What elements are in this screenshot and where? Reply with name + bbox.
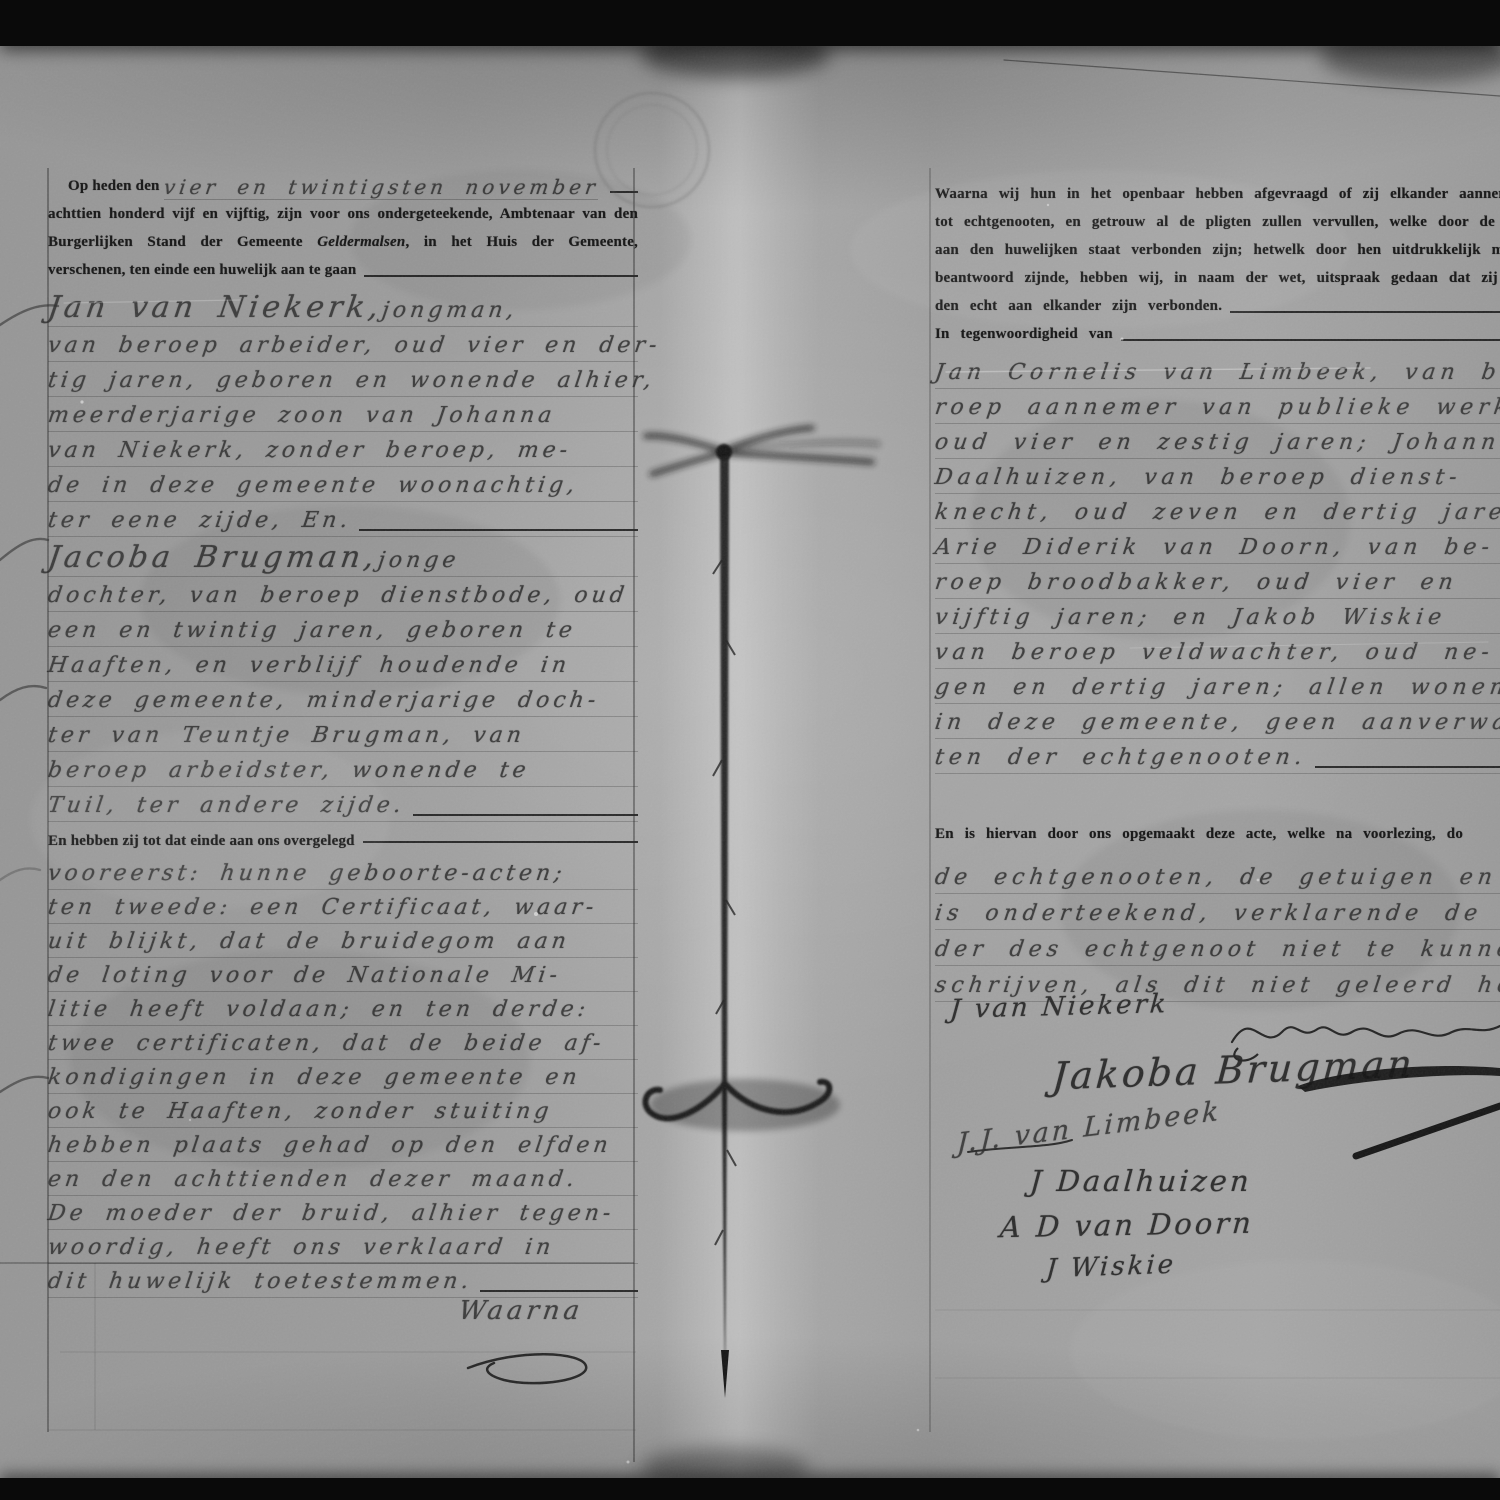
handwritten-line: knecht, oud zeven en dertig jare — [935, 494, 1500, 529]
filler-rule — [1315, 766, 1500, 768]
handwritten-line: en den achttienden dezer maand. — [48, 1162, 638, 1196]
handwritten-line: ter van Teuntje Brugman, van — [48, 717, 638, 752]
bride-entry: Jacoba Brugman, jonge dochter, van beroe… — [48, 536, 638, 822]
filler-rule — [363, 841, 638, 843]
printed-line: aan den huwelijken staat verbonden zijn;… — [935, 236, 1500, 264]
handwritten-line: tig jaren, geboren en wonende alhier, — [48, 362, 638, 397]
handwritten-line: Daalhuizen, van beroep dienst- — [935, 459, 1500, 494]
intro-line-2: achttien honderd vijf en vijftig, zijn v… — [48, 200, 638, 228]
filler-rule — [1230, 311, 1500, 313]
closing-lines: de echtgenooten, de getuigen en onsis on… — [935, 858, 1500, 1002]
vows-last-line: den echt aan elkander zijn verbonden. — [935, 292, 1500, 320]
handwritten-line: vooreerst: hunne geboorte-acten; — [48, 856, 638, 890]
filler-rule — [359, 529, 638, 531]
handwritten-line: een en twintig jaren, geboren te — [48, 612, 638, 647]
printed-line: Waarna wij hun in het openbaar hebben af… — [935, 180, 1500, 208]
handwritten-line: deze gemeente, minderjarige doch- — [48, 682, 638, 717]
handwritten-line: van beroep veldwachter, oud ne- — [935, 634, 1500, 669]
signature-witness-wiskie: J Wiskie — [1045, 1250, 1177, 1285]
handwritten-line: hebben plaats gehad op den elfden — [48, 1128, 638, 1162]
handwritten-line: vijftig jaren; en Jakob Wiskie — [935, 599, 1500, 634]
witnesses-entry: Jan Cornelis van Limbeek, van be-roep aa… — [935, 354, 1500, 774]
groom-last-line: ter eene zijde, En. — [48, 502, 638, 537]
handwritten-line: de echtgenooten, de getuigen en ons — [935, 858, 1500, 894]
film-border-bottom — [0, 1478, 1500, 1500]
vows-paragraph: Waarna wij hun in het openbaar hebben af… — [935, 180, 1500, 348]
handwritten-line: dochter, van beroep dienstbode, oud — [48, 577, 638, 612]
handwritten-line: ook te Haaften, zonder stuiting — [48, 1094, 638, 1128]
documents-heading: En hebben zij tot dat einde aan ons over… — [48, 820, 638, 850]
handwritten-line: kondigingen in deze gemeente en — [48, 1060, 638, 1094]
handwritten-line: Arie Diderik van Doorn, van be- — [935, 529, 1500, 564]
date-handwritten: vier en twintigsten november — [164, 175, 599, 200]
signature-groom: J van Niekerk — [949, 989, 1170, 1025]
witnesses-last-line: ten der echtgenooten. — [935, 739, 1500, 774]
handwritten-line: oud vier en zestig jaren; Johanne — [935, 424, 1500, 459]
bride-last-line: Tuil, ter andere zijde. — [48, 787, 638, 822]
signature-witness-van-doorn: A D van Doorn — [999, 1206, 1255, 1244]
handwritten-line: de loting voor de Nationale Mi- — [48, 958, 638, 992]
printed-line: beantwoord zijnde, hebben wij, in naam d… — [935, 264, 1500, 292]
groom-entry: Jan van Niekerk, jongman, van beroep arb… — [48, 286, 638, 537]
filler-rule — [480, 1290, 638, 1292]
handwritten-line: roep aannemer van publieke werke — [935, 389, 1500, 424]
bride-name-line: Jacoba Brugman, jonge — [48, 536, 638, 577]
handwritten-line: litie heeft voldaan; en ten derde: — [48, 992, 638, 1026]
handwritten-line: roep broodbakker, oud vier en — [935, 564, 1500, 599]
handwritten-line: van Niekerk, zonder beroep, me- — [48, 432, 638, 467]
handwritten-line: Jan Cornelis van Limbeek, van be- — [935, 354, 1500, 389]
vows-lines: Waarna wij hun in het openbaar hebben af… — [935, 180, 1500, 292]
handwritten-line: De moeder der bruid, alhier tegen- — [48, 1196, 638, 1230]
groom-lines: van beroep arbeider, oud vier en der-tig… — [48, 327, 638, 502]
filler-rule — [413, 814, 638, 816]
handwritten-line: meerderjarige zoon van Johanna — [48, 397, 638, 432]
handwritten-line: woordig, heeft ons verklaard in — [48, 1230, 638, 1264]
intro-line-4: verschenen, ten einde een huwelijk aan t… — [48, 256, 638, 284]
catchword: Waarna — [48, 1296, 638, 1326]
bride-lines: dochter, van beroep dienstbode, oudeen e… — [48, 577, 638, 787]
date-line: Op heden den vier en twintigsten novembe… — [48, 172, 638, 200]
handwritten-line: ten tweede: een Certificaat, waar- — [48, 890, 638, 924]
handwritten-line: is onderteekend, verklarende de moe- — [935, 894, 1500, 930]
documents-last-line: dit huwelijk toetestemmen. — [48, 1264, 638, 1298]
documents-lines: vooreerst: hunne geboorte-acten;ten twee… — [48, 856, 638, 1264]
intro-line-3: Burgerlijken Stand der Gemeente Gelderma… — [48, 228, 638, 256]
handwritten-line: gen en dertig jaren; allen wonend — [935, 669, 1500, 704]
handwritten-line: der des echtgenoot niet te kunnen — [935, 930, 1500, 966]
documents-entry: vooreerst: hunne geboorte-acten;ten twee… — [48, 856, 638, 1298]
gemeente-name: Geldermalsen — [317, 234, 405, 250]
filler-rule — [364, 275, 638, 277]
witness-lines: Jan Cornelis van Limbeek, van be-roep aa… — [935, 354, 1500, 739]
witnesses-heading: In tegenwoordigheid van — [935, 320, 1500, 348]
handwritten-line: de in deze gemeente woonachtig, — [48, 467, 638, 502]
handwritten-line: van beroep arbeider, oud vier en der- — [48, 327, 638, 362]
marriage-register-scan: Op heden den vier en twintigsten novembe… — [0, 0, 1500, 1500]
filler-rule — [1121, 339, 1500, 341]
signature-witness-daalhuizen: J Daalhuizen — [1029, 1164, 1253, 1198]
film-border-top — [0, 0, 1500, 46]
filler-rule — [610, 191, 638, 193]
date-line-printed: Op heden den — [48, 172, 160, 200]
printed-line: tot echtgenooten, en getrouw al de pligt… — [935, 208, 1500, 236]
intro-paragraph: Op heden den vier en twintigsten novembe… — [48, 172, 638, 284]
handwritten-line: uit blijkt, dat de bruidegom aan — [48, 924, 638, 958]
handwritten-line: in deze gemeente, geen aanverwan- — [935, 704, 1500, 739]
closing-heading: En is hiervan door ons opgemaakt deze ac… — [935, 820, 1500, 850]
handwritten-line: Haaften, en verblijf houdende in — [48, 647, 638, 682]
closing-entry: de echtgenooten, de getuigen en onsis on… — [935, 858, 1500, 1002]
handwritten-line: twee certificaten, dat de beide af- — [48, 1026, 638, 1060]
handwritten-line: beroep arbeidster, wonende te — [48, 752, 638, 787]
groom-name-line: Jan van Niekerk, jongman, — [48, 286, 638, 327]
